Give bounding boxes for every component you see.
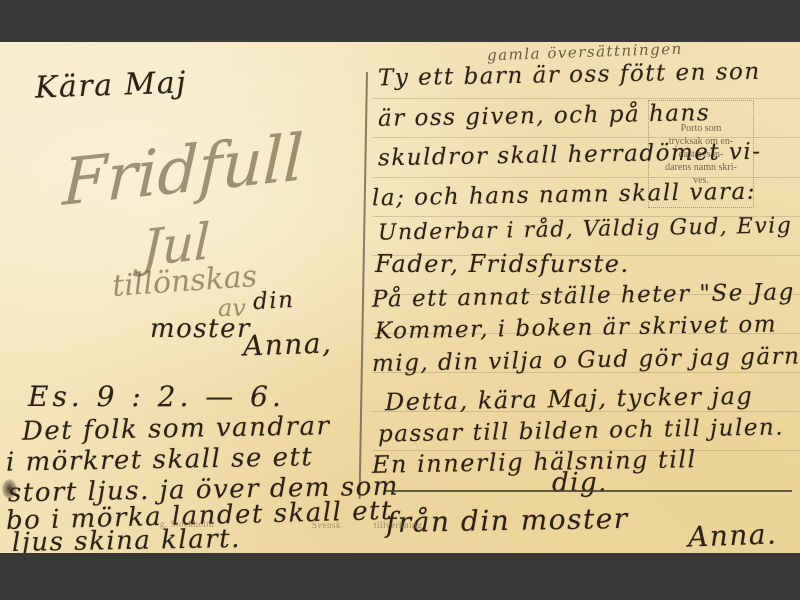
message-line: Underbar i råd, Väldig Gud, Evig [378,213,793,245]
message-line: Ty ett barn är oss fött en son [378,59,761,92]
ink-blot [2,479,17,499]
message-line: dig. [552,468,608,498]
signature: Anna. [687,517,777,553]
message-line: Kommer, i boken är skrivet om [375,311,777,344]
verse-line: i mörkret skall se ett [6,442,314,477]
message-line: Fader, Fridsfurste. [375,250,630,278]
address-rule-line [372,98,800,99]
salutation: Kära Maj [34,65,187,105]
handwritten-word: Anna, [242,326,332,362]
handwritten-word: din [252,287,295,315]
message-line: passar till bilden och till julen. [378,414,784,447]
postcard-scan: Porto som trycksak om en- dast avsän- da… [0,0,800,600]
scan-background-top [0,0,800,42]
message-line: En innerlig hälsning till [372,445,697,479]
printer-mark: g. Stockholm [160,519,214,529]
postcard: Porto som trycksak om en- dast avsän- da… [0,42,800,553]
handwritten-word: moster [150,314,251,344]
scan-background-bottom [0,553,800,600]
printed-greeting-line: Fridfull [61,121,305,221]
verse-reference: Es. 9 : 2. — 6. [28,380,285,413]
verse-line: Det folk som vandrar [22,411,331,446]
printer-mark: tillverkning [374,520,422,530]
message-line: På ett annat ställe heter "Se Jag [372,279,795,312]
signoff-line: från din moster [386,502,629,539]
postcard-divider-line [359,72,368,499]
printer-mark: Svensk [312,520,341,530]
underline-rule [386,490,792,492]
